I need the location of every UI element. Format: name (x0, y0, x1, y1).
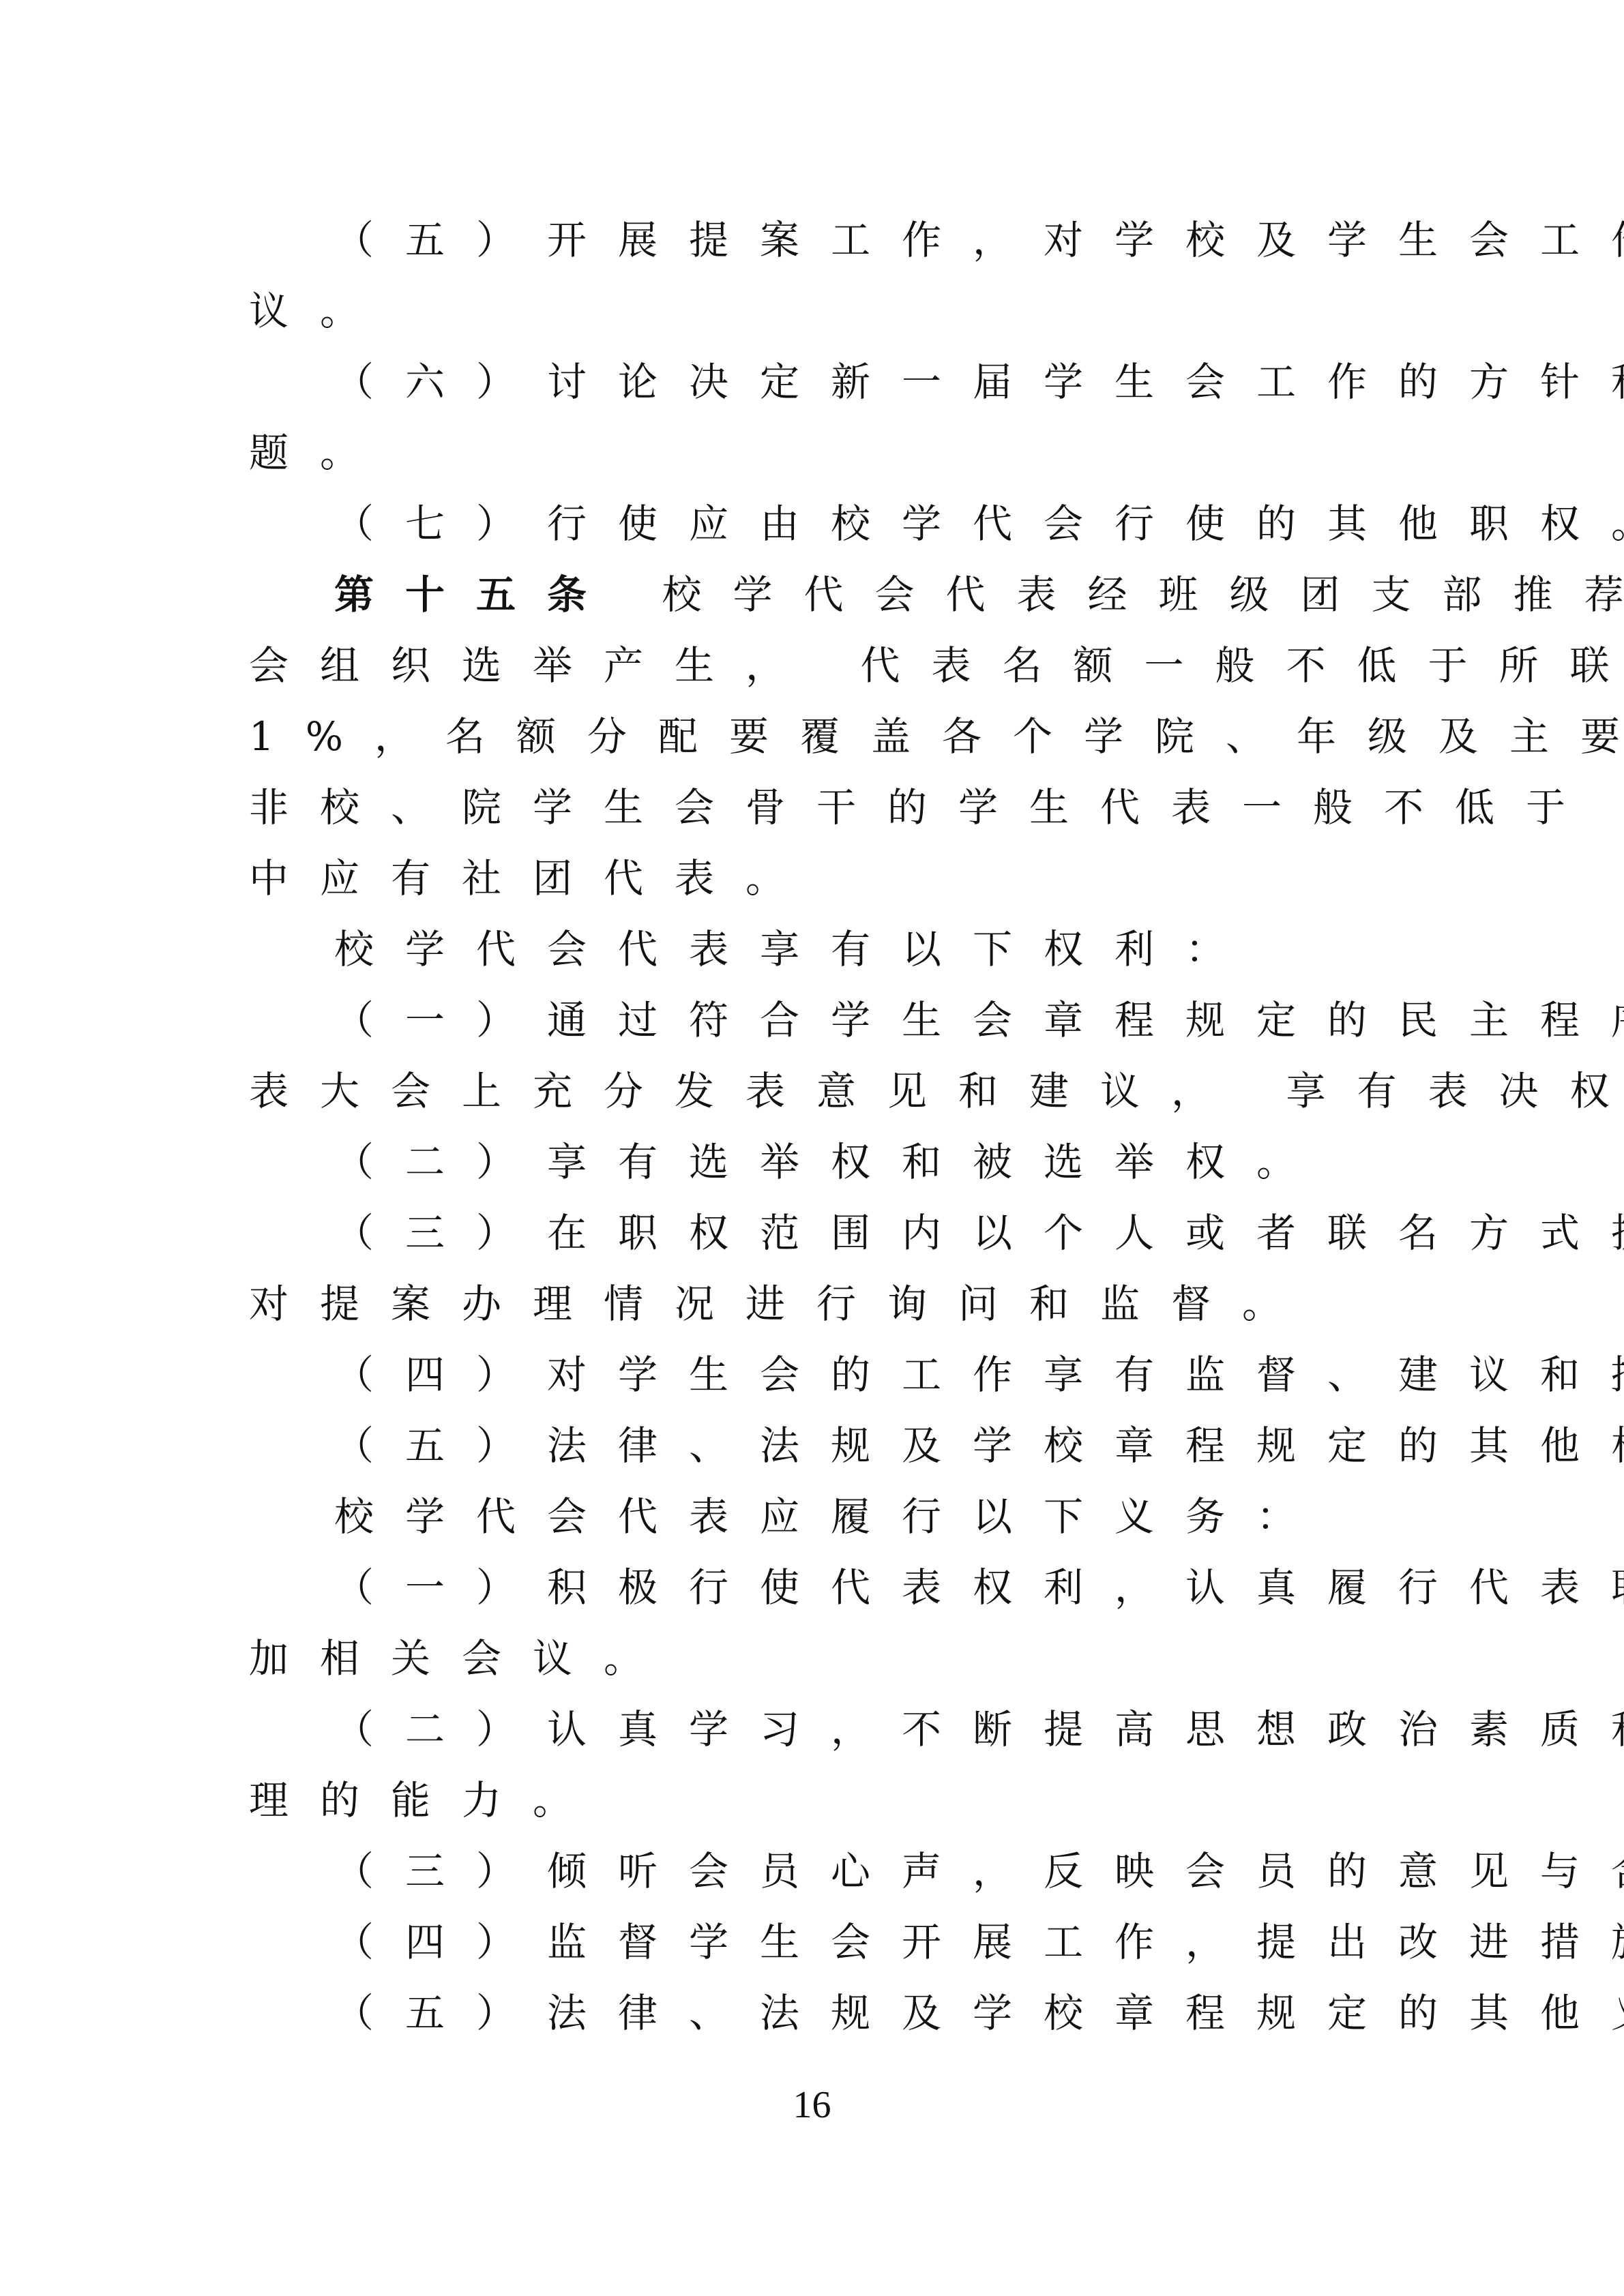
right-item-2: （二）享有选举权和被选举权。 (249, 1127, 1388, 1197)
obligation-item-5: （五）法律、法规及学校章程规定的其他义务。 (249, 1978, 1388, 2048)
duty-item-7: （七）行使应由校学代会行使的其他职权。 (249, 488, 1388, 559)
obligation-item-2-line-1: （二）认真学习，不断提高思想政治素质和参与学校治 (249, 1694, 1388, 1765)
article-15-line-2: 会组织选举产生， 代表名额一般不低于所联系学生人数的 (249, 630, 1388, 701)
right-item-1-line-1: （一）通过符合学生会章程规定的民主程序，在学生代 (249, 985, 1388, 1056)
right-item-3-line-2: 对提案办理情况进行询问和监督。 (249, 1268, 1388, 1339)
duty-item-5-line-2: 议。 (249, 275, 1388, 346)
obligation-item-1-line-2: 加相关会议。 (249, 1623, 1388, 1694)
rights-heading: 校学代会代表享有以下权利： (249, 914, 1388, 985)
right-item-3-line-1: （三）在职权范围内以个人或者联名方式提出提案，并 (249, 1197, 1388, 1268)
obligations-heading: 校学代会代表应履行以下义务： (249, 1481, 1388, 1552)
right-item-4: （四）对学生会的工作享有监督、建议和批评的权利。 (249, 1339, 1388, 1410)
right-item-5: （五）法律、法规及学校章程规定的其他权利。 (249, 1410, 1388, 1481)
right-item-1-line-2: 表大会上充分发表意见和建议， 享有表决权。 (249, 1056, 1388, 1127)
obligation-item-1-line-1: （一）积极行使代表权利，认真履行代表职责，按时参 (249, 1552, 1388, 1623)
article-15-text: 校学代会代表经班级团支部推荐、学院学生 (618, 571, 1624, 618)
duty-item-6-line-1: （六）讨论决定新一届学生会工作的方针和发现重大问 (249, 346, 1388, 417)
article-15-line-5: 中应有社团代表。 (249, 843, 1388, 914)
duty-item-5-line-1: （五）开展提案工作，对学校及学生会工作提出意见建 (249, 205, 1388, 275)
obligation-item-2-line-2: 理的能力。 (249, 1765, 1388, 1836)
duty-item-6-line-2: 题。 (249, 417, 1388, 488)
document-page: （五）开展提案工作，对学校及学生会工作提出意见建 议。 （六）讨论决定新一届学生… (249, 205, 1388, 2048)
article-15-line-4: 非校、院学生会骨干的学生代表一般不低于 60%，学生代表 (249, 772, 1388, 843)
article-15-line-1: 第十五条 校学代会代表经班级团支部推荐、学院学生 (249, 559, 1388, 630)
article-15-title: 第十五条 (334, 571, 618, 618)
obligation-item-3: （三）倾听会员心声，反映会员的意见与合理诉求。 (249, 1836, 1388, 1907)
article-15-line-3: 1%，名额分配要覆盖各个学院、年级及主要学生社团，其中 (249, 701, 1388, 772)
obligation-item-4: （四）监督学生会开展工作，提出改进措施。 (249, 1907, 1388, 1978)
page-number: 16 (0, 2083, 1624, 2127)
